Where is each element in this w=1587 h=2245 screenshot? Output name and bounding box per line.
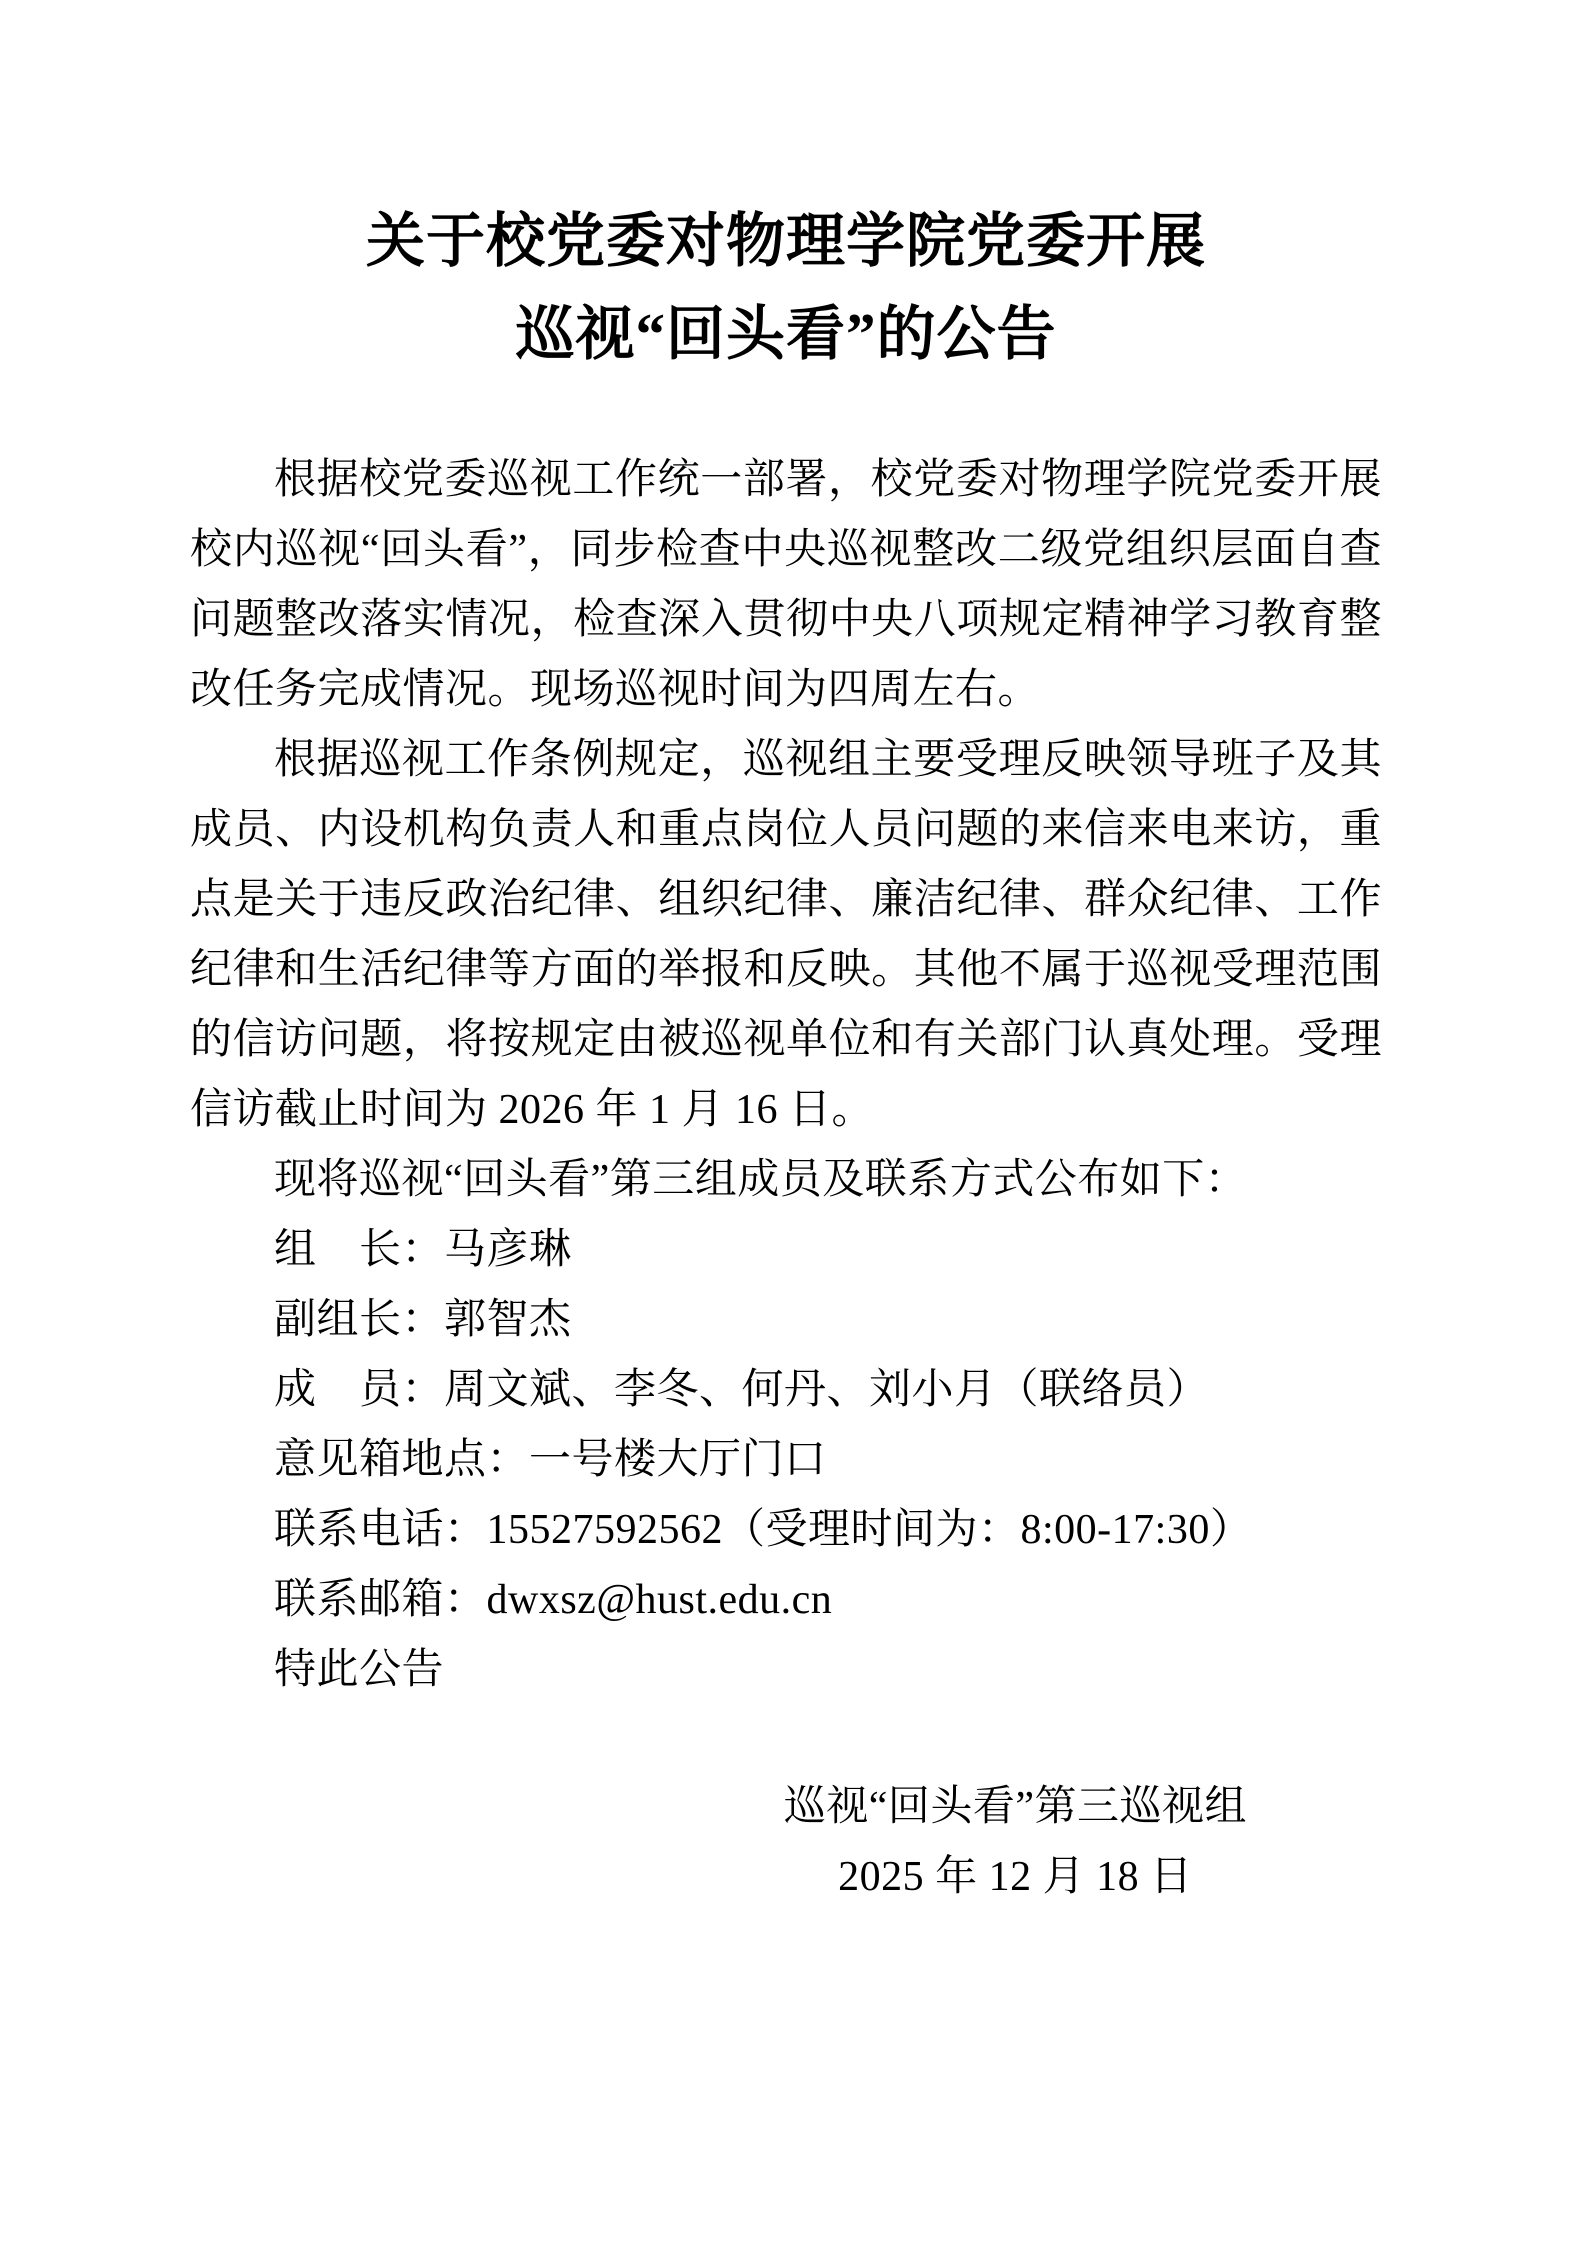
document-title-line2: 巡视“回头看”的公告 — [190, 288, 1382, 381]
signature-org-line: 巡视“回头看”第三巡视组 — [784, 1772, 1247, 1842]
paragraph-acceptance-scope: 根据巡视工作条例规定，巡视组主要受理反映领导班子及其成员、内设机构负责人和重点岗… — [190, 725, 1382, 1145]
document-body: 根据校党委巡视工作统一部署，校党委对物理学院党委开展校内巡视“回头看”，同步检查… — [190, 445, 1382, 1912]
members-line: 成 员：周文斌、李冬、何丹、刘小月（联络员） — [190, 1355, 1382, 1425]
mailbox-location-line: 意见箱地点：一号楼大厅门口 — [190, 1425, 1382, 1495]
phone-line: 联系电话：15527592562（受理时间为：8:00-17:30） — [190, 1495, 1382, 1565]
signature-date-line: 2025 年 12 月 18 日 — [784, 1842, 1247, 1912]
paragraph-team-intro: 现将巡视“回头看”第三组成员及联系方式公布如下： — [190, 1145, 1382, 1215]
document-content: 关于校党委对物理学院党委开展 巡视“回头看”的公告 根据校党委巡视工作统一部署，… — [190, 0, 1382, 1912]
group-leader-line: 组 长：马彦琳 — [190, 1215, 1382, 1285]
announcement-page: 关于校党委对物理学院党委开展 巡视“回头看”的公告 根据校党委巡视工作统一部署，… — [0, 0, 1587, 2245]
signature-block: 巡视“回头看”第三巡视组 2025 年 12 月 18 日 — [784, 1772, 1247, 1912]
closing-line: 特此公告 — [190, 1635, 1382, 1705]
deputy-group-leader-line: 副组长：郭智杰 — [190, 1285, 1382, 1355]
document-title-line1: 关于校党委对物理学院党委开展 — [190, 195, 1382, 288]
email-line: 联系邮箱：dwxsz@hust.edu.cn — [190, 1565, 1382, 1635]
document-title: 关于校党委对物理学院党委开展 巡视“回头看”的公告 — [190, 195, 1382, 381]
paragraph-overview: 根据校党委巡视工作统一部署，校党委对物理学院党委开展校内巡视“回头看”，同步检查… — [190, 445, 1382, 725]
